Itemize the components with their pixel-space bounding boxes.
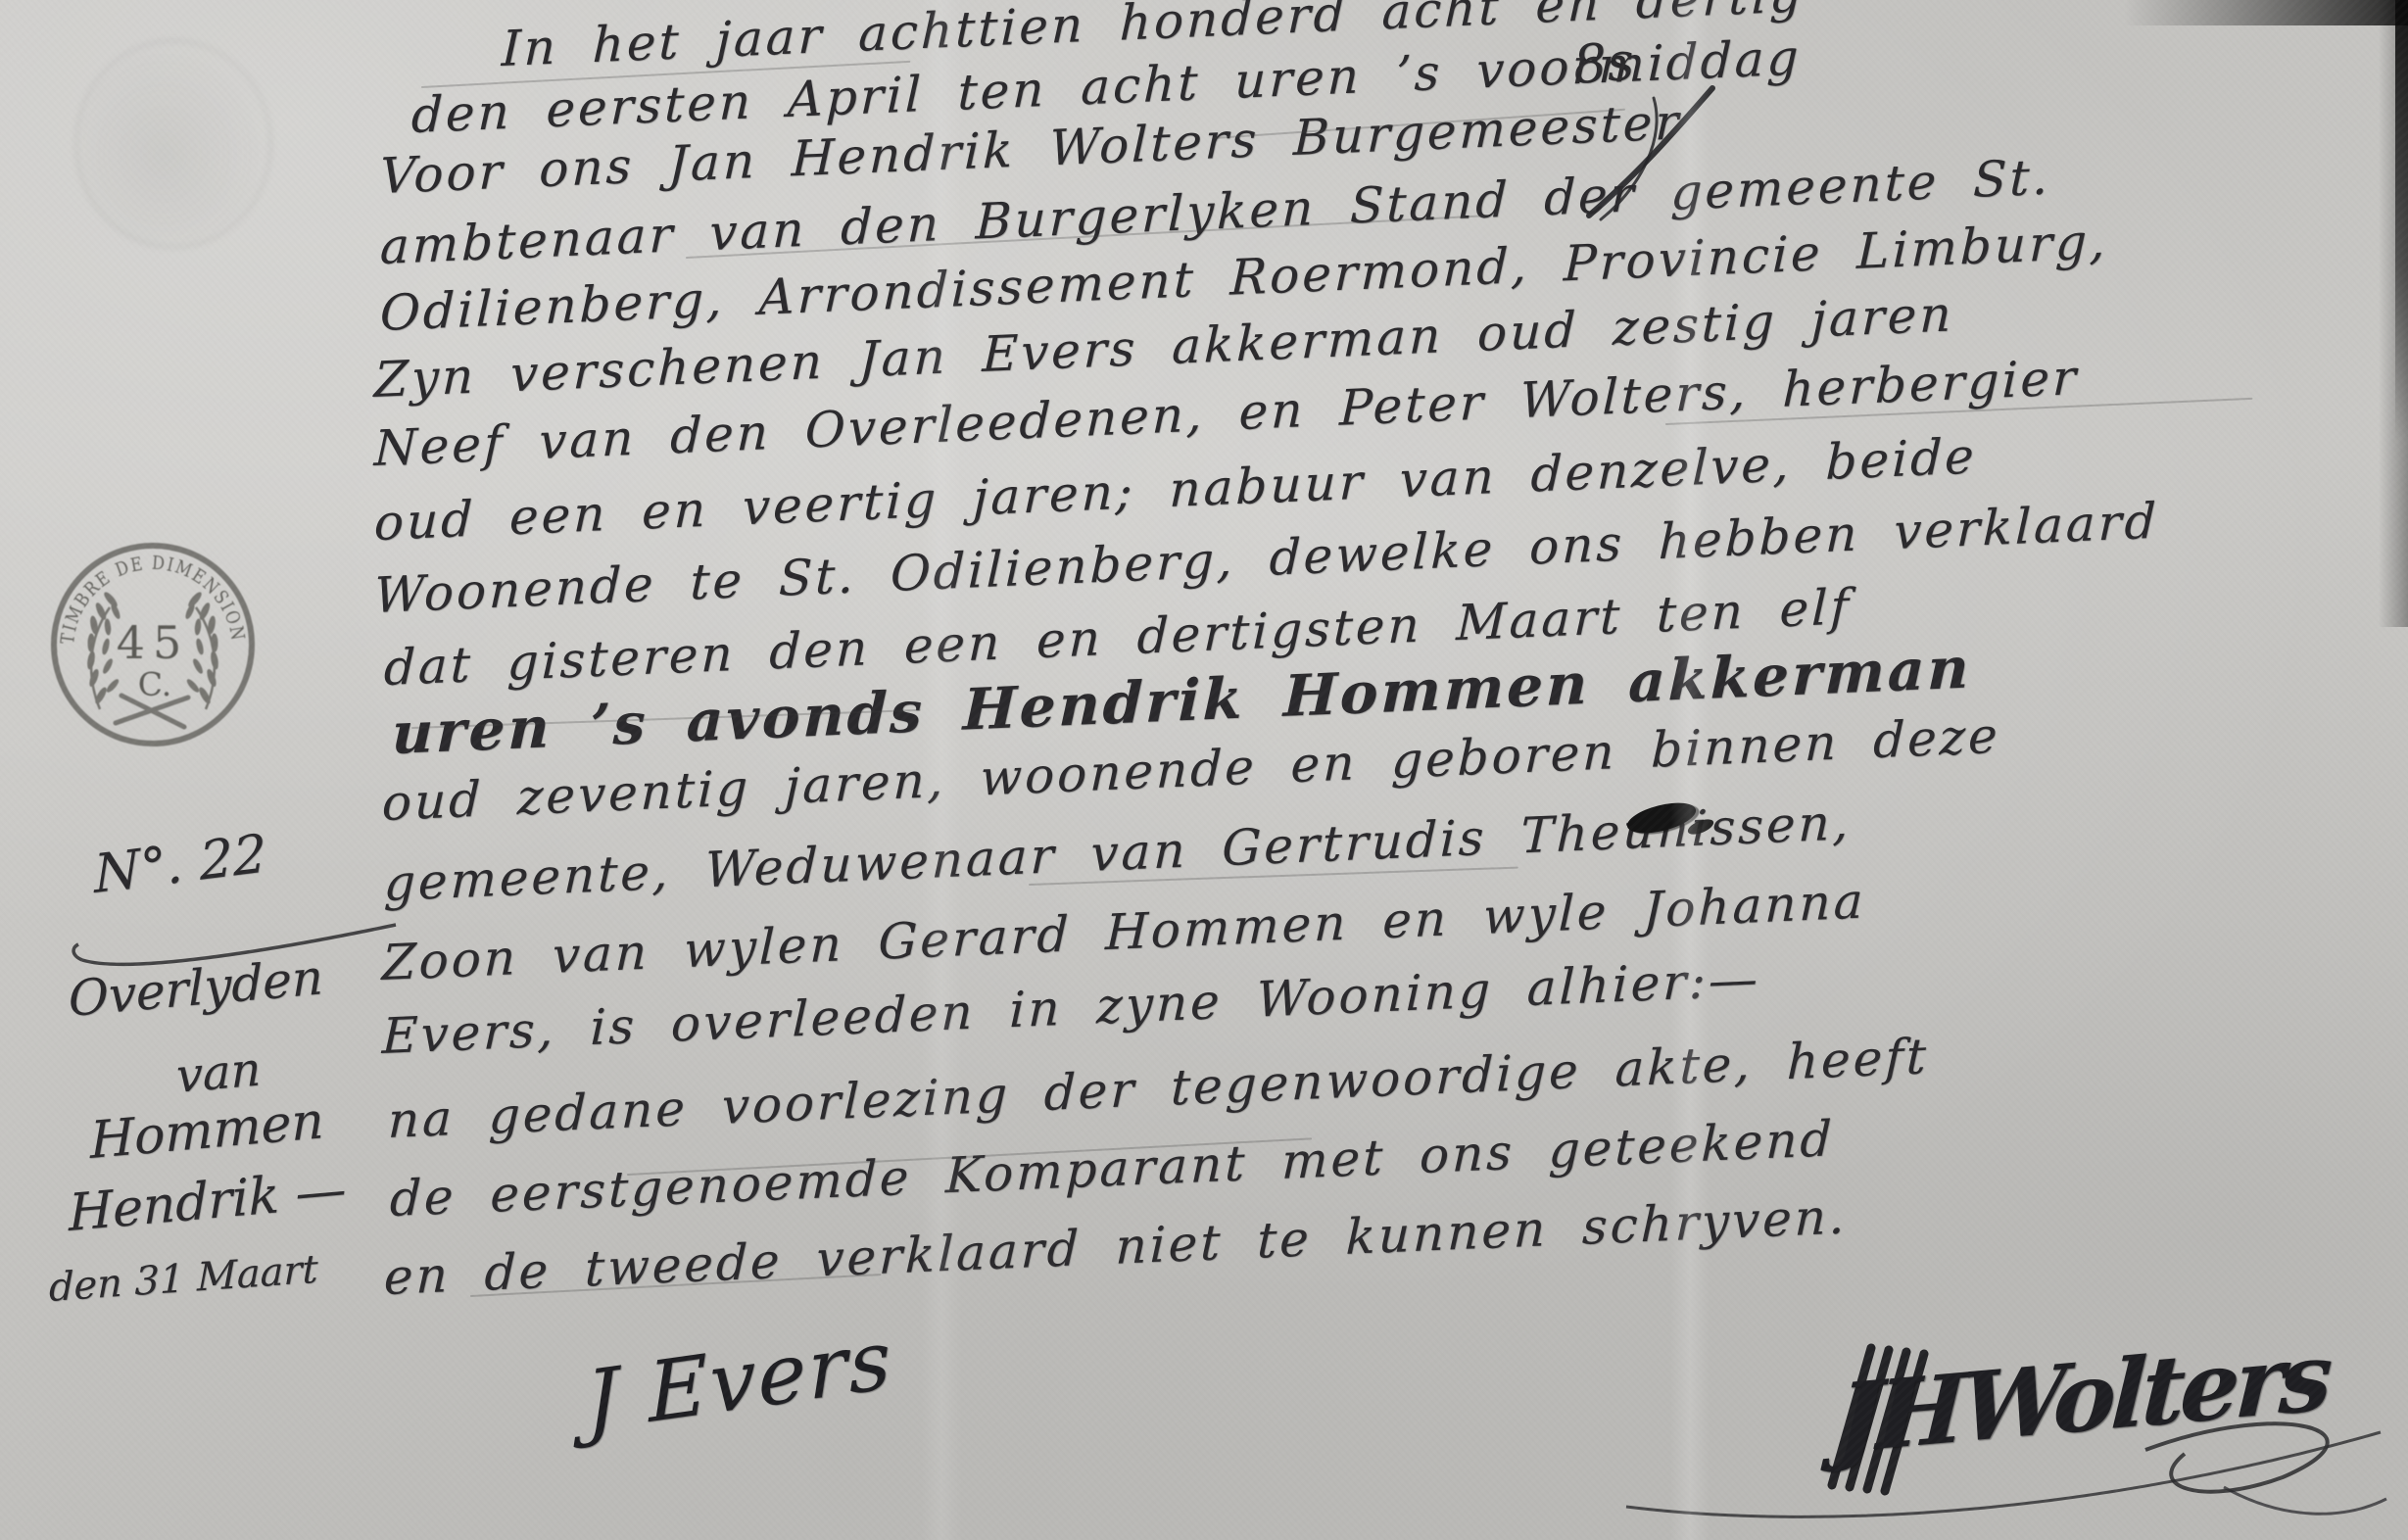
signature-declarant: J Evers [584,1311,893,1450]
scanned-death-record-page: TIMBRE DE DIMENSION [0,0,2408,1540]
signature-official-flourish [1597,1391,2400,1538]
margin-note-line: van [176,1042,262,1104]
stamp-value: 45 [117,616,190,669]
margin-note-line: den 31 Maart [49,1247,318,1311]
stamp-unit: C. [138,665,172,703]
page-edge-shadow [2395,0,2408,441]
timbre-stamp: TIMBRE DE DIMENSION [39,529,266,756]
margin-note-line: Hommen [89,1092,324,1172]
embossed-seal-watermark [74,39,272,249]
margin-note-line: Hendrik — [68,1161,346,1244]
act-number: N°. 22 [93,823,267,905]
page-edge-shadow [2379,0,2408,627]
page-edge-shadow [2124,0,2408,25]
